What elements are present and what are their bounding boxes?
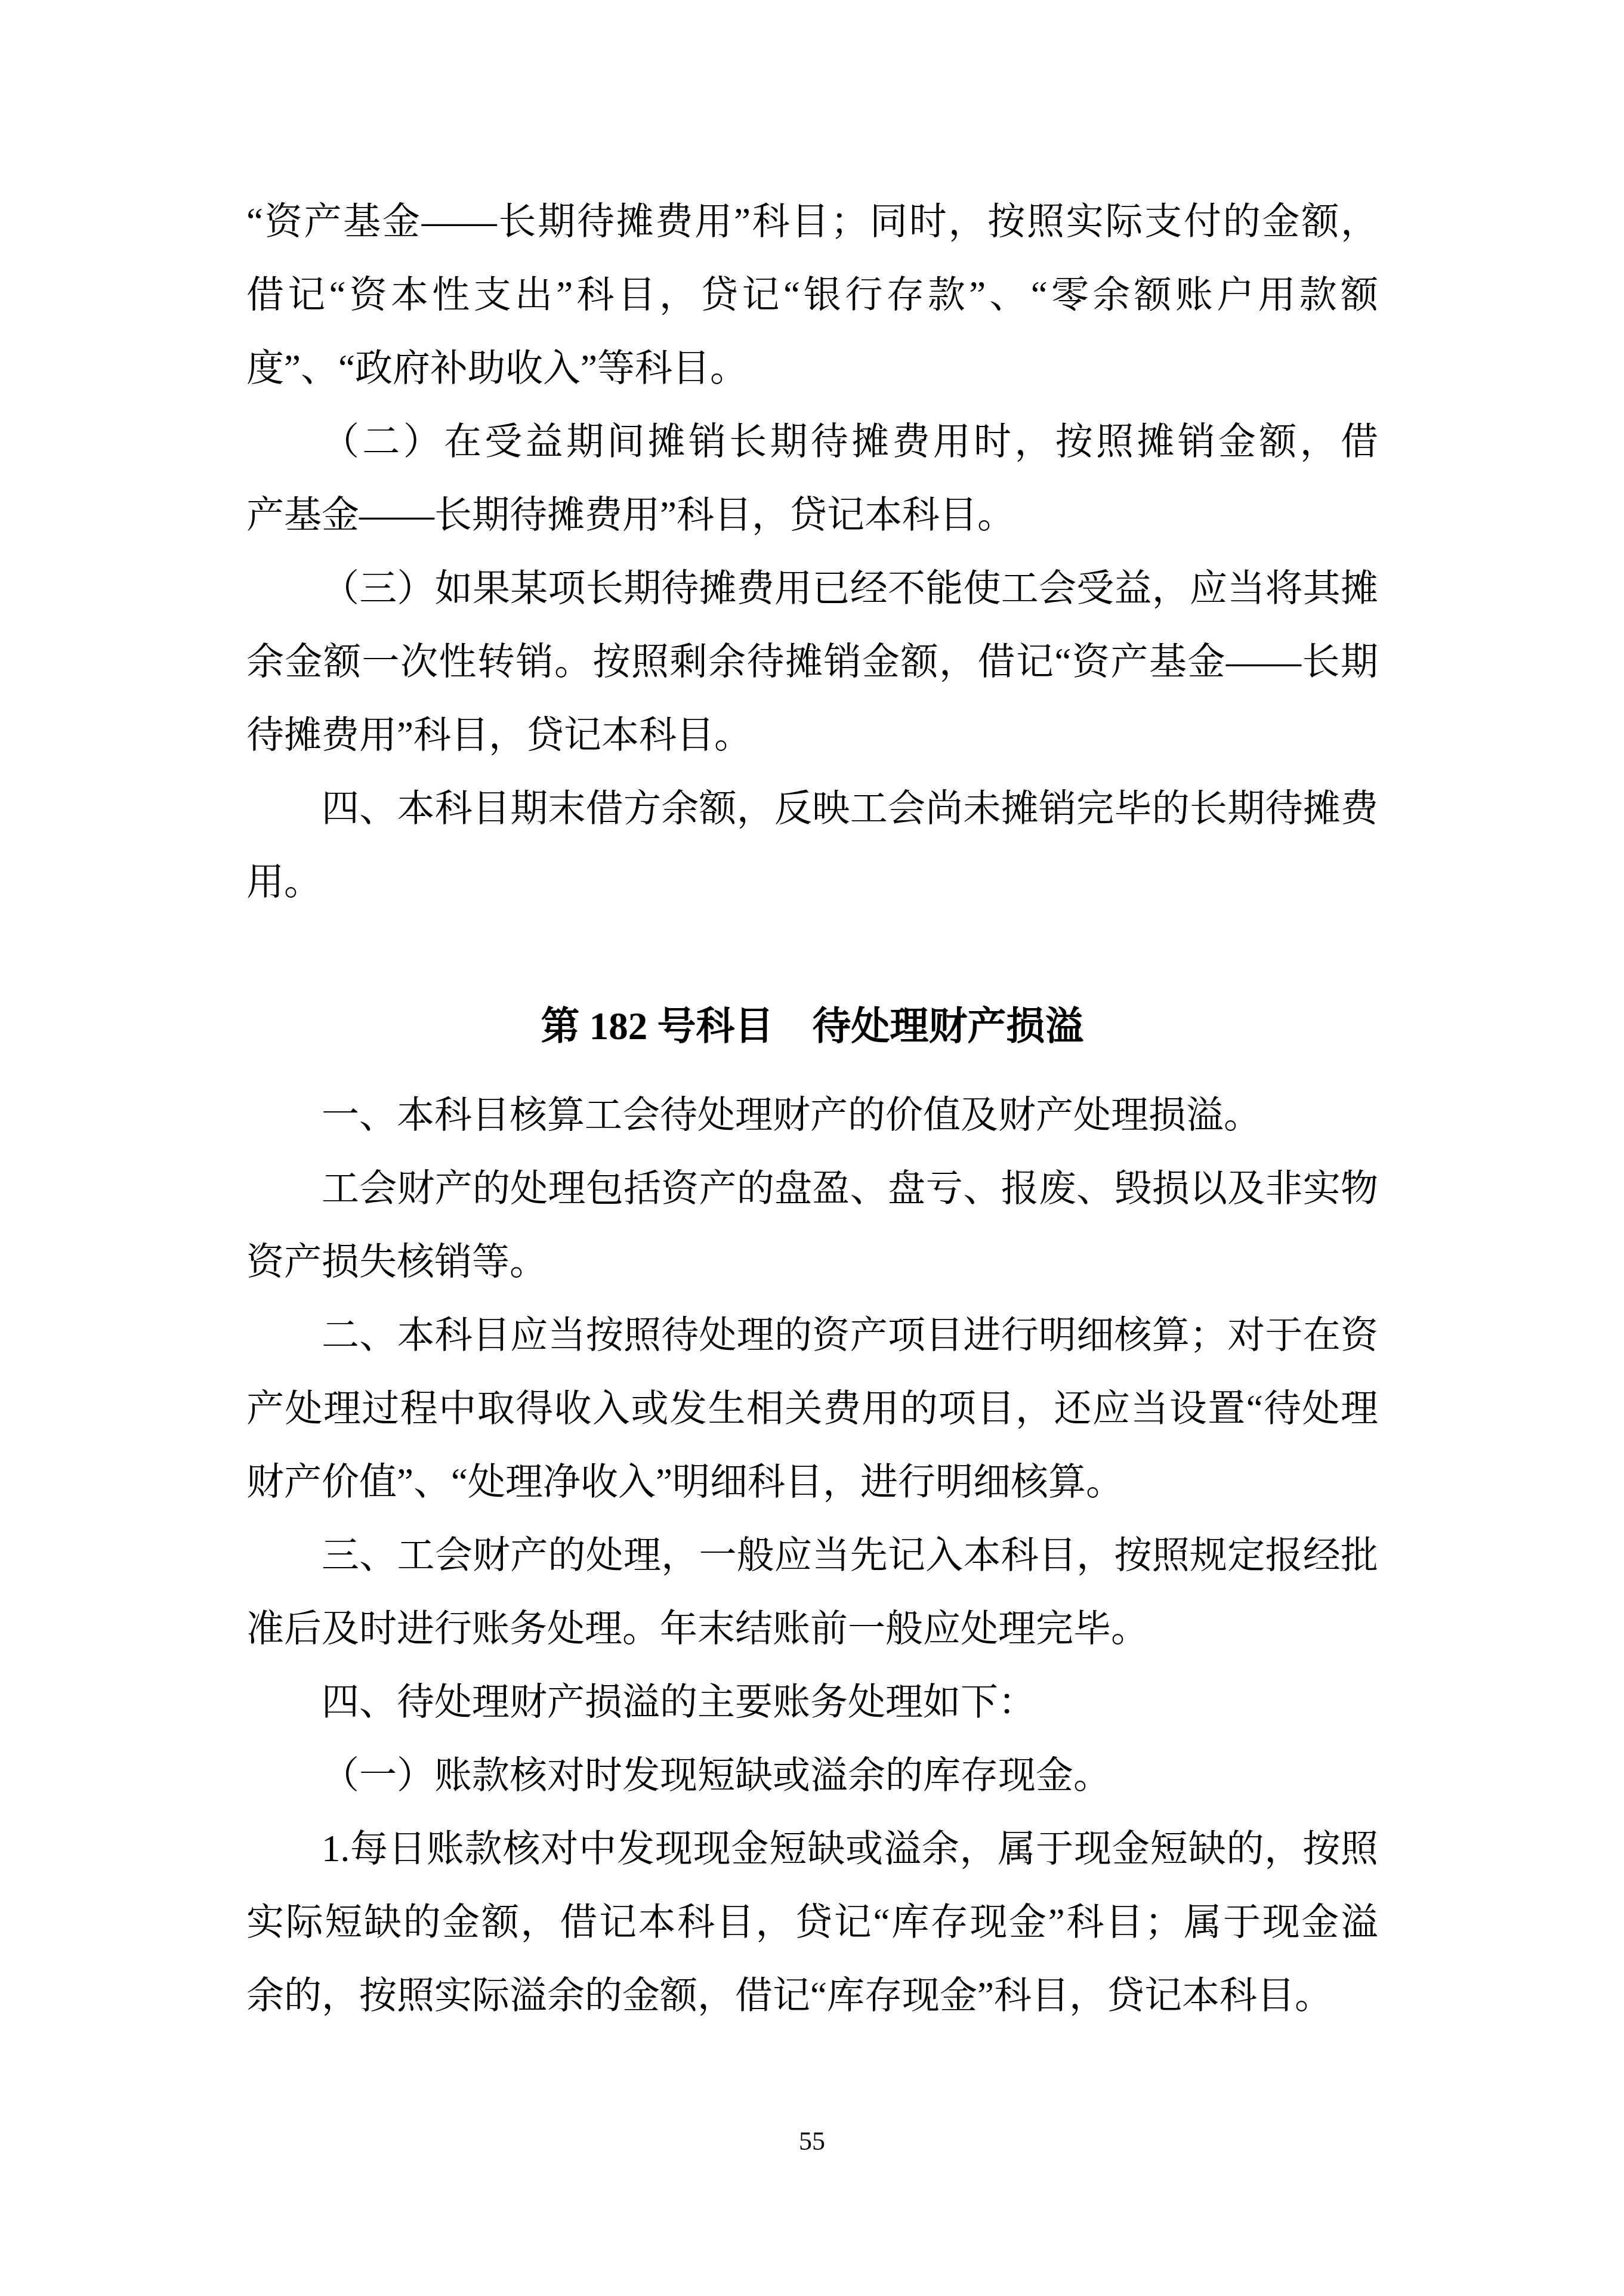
document-page: “资产基金——长期待摊费用”科目；同时，按照实际支付的金额，借记“资本性支出”科… [0,0,1624,2296]
text-line: 用。 [246,845,1378,919]
text-line: 四、待处理财产损溢的主要账务处理如下： [246,1665,1378,1739]
text-line: 实际短缺的金额，借记本科目，贷记“库存现金”科目；属于现金溢 [246,1886,1378,1959]
text-line: 余的，按照实际溢余的金额，借记“库存现金”科目，贷记本科目。 [246,1959,1378,2032]
text-line: “资产基金——长期待摊费用”科目；同时，按照实际支付的金额， [246,185,1378,258]
text-line: （一）账款核对时发现短缺或溢余的库存现金。 [246,1739,1378,1812]
text-line: 借记“资本性支出”科目，贷记“银行存款”、“零余额账户用款额 [246,258,1378,332]
text-line: 准后及时进行账务处理。年末结账前一般应处理完毕。 [246,1592,1378,1665]
text-line: （三）如果某项长期待摊费用已经不能使工会受益，应当将其摊 [246,552,1378,625]
section-heading: 第 182 号科目 待处理财产损溢 [246,990,1378,1064]
text-line: 产处理过程中取得收入或发生相关费用的项目，还应当设置“待处理 [246,1372,1378,1445]
text-line: 资产损失核销等。 [246,1225,1378,1299]
text-line: 1.每日账款核对中发现现金短缺或溢余，属于现金短缺的，按照 [246,1812,1378,1886]
text-line: 余金额一次性转销。按照剩余待摊销金额，借记“资产基金——长期 [246,625,1378,699]
text-line: 待摊费用”科目，贷记本科目。 [246,699,1378,772]
text-line: 三、工会财产的处理，一般应当先记入本科目，按照规定报经批 [246,1519,1378,1592]
text-line: （二）在受益期间摊销长期待摊费用时，按照摊销金额，借记“资 [246,405,1378,478]
document-body: “资产基金——长期待摊费用”科目；同时，按照实际支付的金额，借记“资本性支出”科… [246,185,1378,2032]
text-line: 度”、“政府补助收入”等科目。 [246,332,1378,405]
text-line: 工会财产的处理包括资产的盘盈、盘亏、报废、毁损以及非实物 [246,1152,1378,1225]
text-line: 产基金——长期待摊费用”科目，贷记本科目。 [246,478,1378,552]
page-number: 55 [0,2122,1624,2161]
text-line: 四、本科目期末借方余额，反映工会尚未摊销完毕的长期待摊费 [246,772,1378,845]
text-line: 财产价值”、“处理净收入”明细科目，进行明细核算。 [246,1445,1378,1519]
text-line: 一、本科目核算工会待处理财产的价值及财产处理损溢。 [246,1079,1378,1152]
text-line: 二、本科目应当按照待处理的资产项目进行明细核算；对于在资 [246,1299,1378,1372]
